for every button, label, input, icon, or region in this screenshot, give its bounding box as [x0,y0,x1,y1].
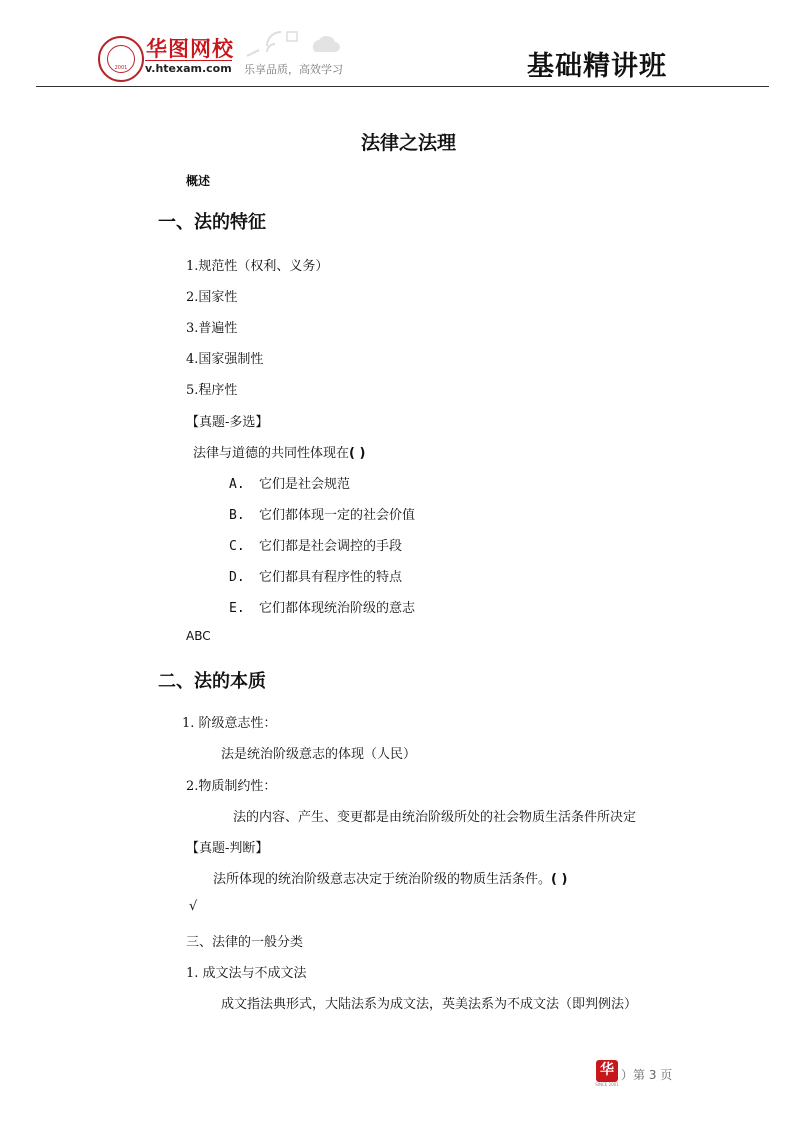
option-letter: D. [229,570,259,585]
section-heading-2: 二、法的本质 [158,667,266,693]
question-text: 法所体现的统治阶级意志决定于统治阶级的物质生活条件。( ) [213,868,567,887]
slogan: 乐享品质，高效学习 [244,61,343,77]
point-label: 2.物质制约性： [186,775,276,794]
list-item: 1.规范性（权利、义务） [186,255,328,274]
option-letter: B. [229,508,259,523]
logo-seal-year: 2001 [100,65,142,71]
section-heading-3: 三、法律的一般分类 [186,931,303,950]
option-letter: C. [229,539,259,554]
section-heading-1: 一、法的特征 [158,208,266,234]
option-text: 它们都是社会调控的手段 [259,539,402,554]
option-text: 它们都具有程序性的特点 [259,570,402,585]
header-divider [36,86,769,87]
decorative-wifi-cloud-icon [245,30,345,58]
list-item: 4.国家强制性 [186,348,263,367]
option-a: A.它们是社会规范 [229,473,350,492]
list-item: 2.国家性 [186,286,237,305]
question-blank: ( ) [349,446,365,461]
option-c: C.它们都是社会调控的手段 [229,535,402,554]
option-text: 它们都体现统治阶级的意志 [259,601,415,616]
option-d: D.它们都具有程序性的特点 [229,566,402,585]
question-text: 法律与道德的共同性体现在( ) [193,442,365,461]
course-title: 基础精讲班 [527,44,667,83]
logo-seal-icon: 2001 [98,36,144,82]
overview-label: 概述 [186,172,210,189]
footer-logo-icon: 华 [596,1060,618,1082]
question-blank: ( ) [551,872,567,887]
point-text: 成文指法典形式，大陆法系为成文法，英美法系为不成文法（即判例法） [221,993,637,1012]
answer-check: √ [189,899,197,914]
page-number: ）第 3 页 [621,1066,672,1083]
option-text: 它们都体现一定的社会价值 [259,508,415,523]
brand-name: 华图网校 [146,33,234,63]
option-letter: E. [229,601,259,616]
option-e: E.它们都体现统治阶级的意志 [229,597,415,616]
question-stem: 法所体现的统治阶级意志决定于统治阶级的物质生活条件。 [213,872,551,887]
question-tag-judge: 【真题-判断】 [186,837,268,856]
point-label: 1. 成文法与不成文法 [186,962,307,981]
point-text: 法的内容、产生、变更都是由统治阶级所处的社会物质生活条件所决定 [233,806,636,825]
option-letter: A. [229,477,259,492]
list-item: 3.普遍性 [186,317,237,336]
question-tag-multi: 【真题-多选】 [186,411,268,430]
point-label: 1. 阶级意志性： [182,712,277,731]
answer-text: ABC [186,629,211,643]
footer-logo-caption: SINCE 2001 [594,1082,620,1087]
option-b: B.它们都体现一定的社会价值 [229,504,415,523]
point-text: 法是统治阶级意志的体现（人民） [221,743,416,762]
brand-url: v.htexam.com [145,60,232,75]
list-item: 5.程序性 [186,379,237,398]
option-text: 它们是社会规范 [259,477,350,492]
question-stem: 法律与道德的共同性体现在 [193,446,349,461]
document-title: 法律之法理 [361,128,456,155]
